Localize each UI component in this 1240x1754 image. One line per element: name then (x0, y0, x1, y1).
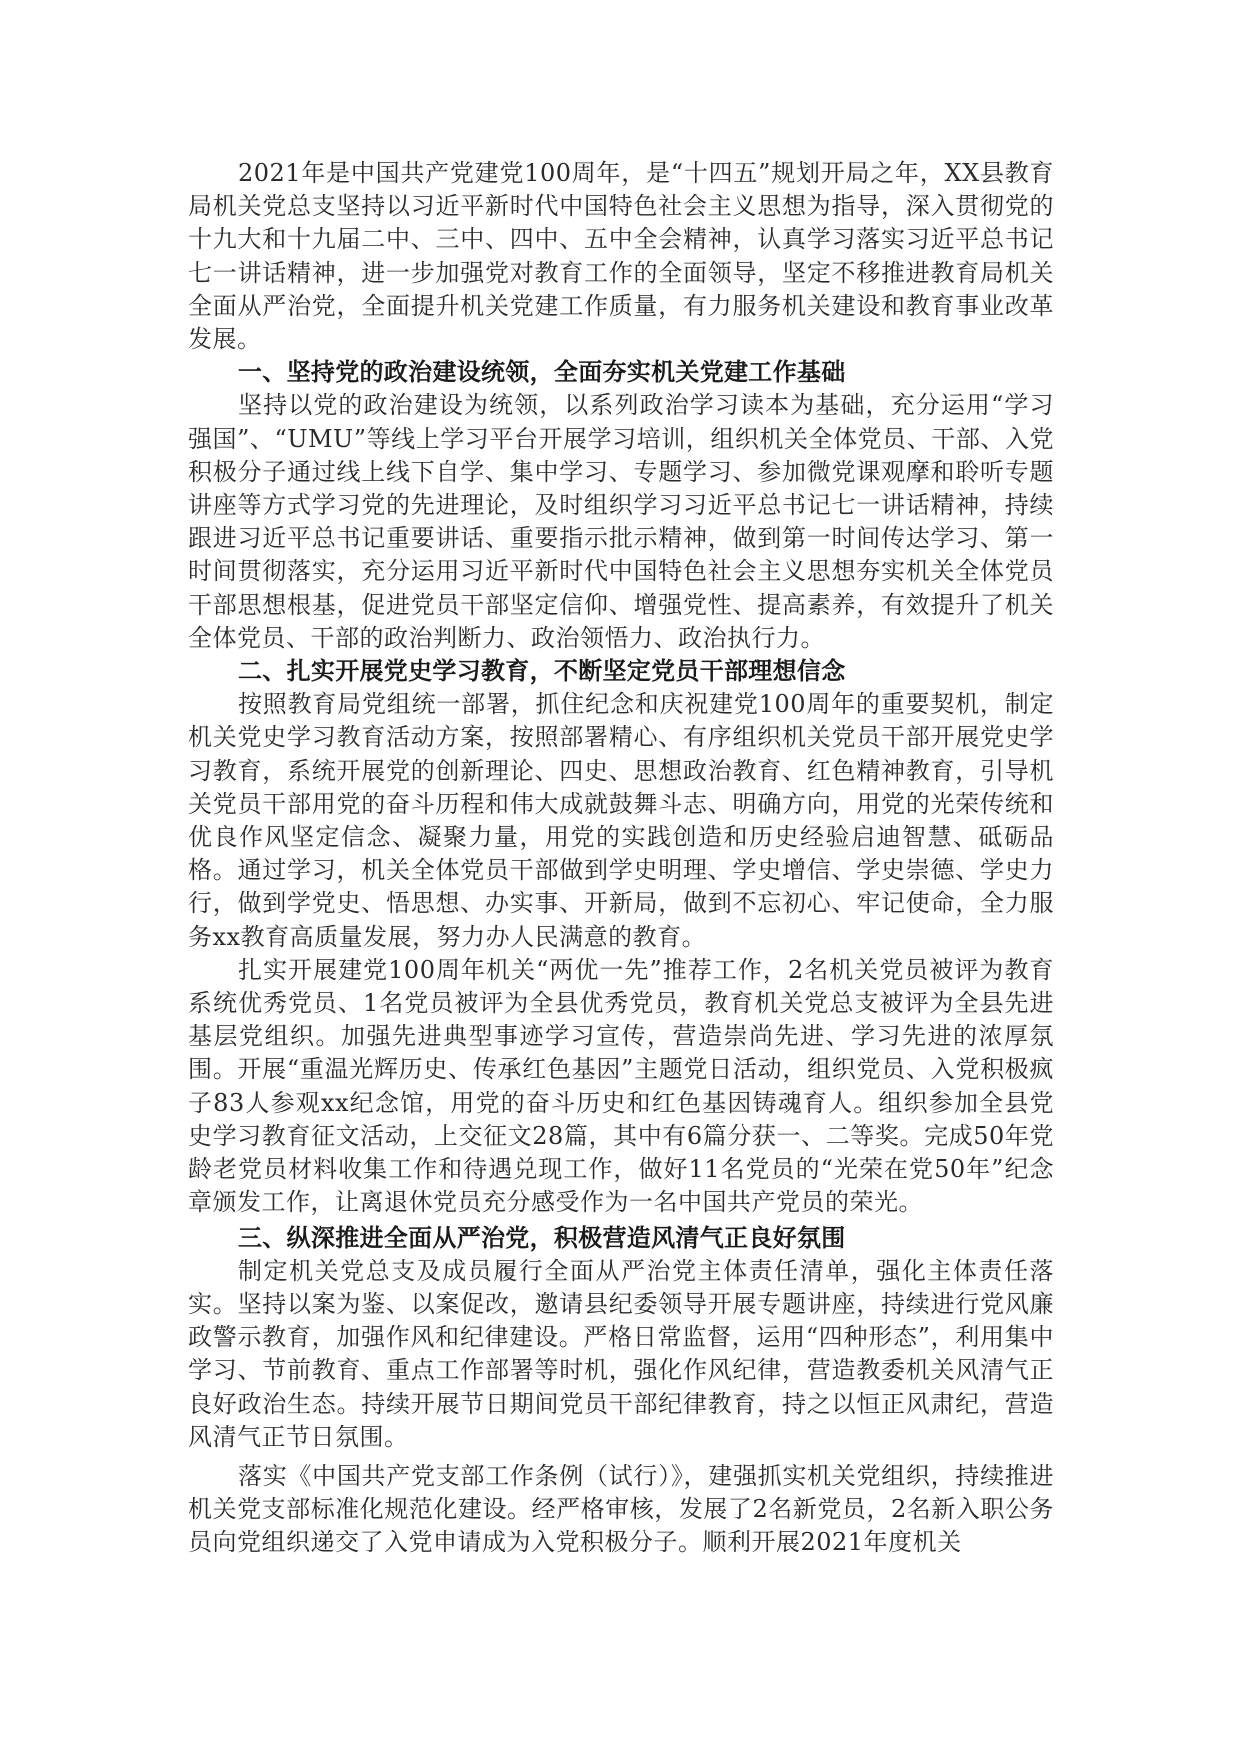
section-1-paragraph-1: 坚持以党的政治建设为统领，以系列政治学习读本为基础，充分运用“学习强国”、“UM… (188, 389, 1054, 655)
section-3-heading: 三、纵深推进全面从严治党，积极营造风清气正良好氛围 (188, 1222, 1054, 1255)
section-2-heading: 二、扎实开展党史学习教育，不断坚定党员干部理想信念 (188, 655, 1054, 688)
section-2-paragraph-2: 扎实开展建党100周年机关“两优一先”推荐工作，2名机关党员被评为教育系统优秀党… (188, 954, 1054, 1220)
intro-paragraph: 2021年是中国共产党建党100周年，是“十四五”规划开局之年，XX县教育局机关… (188, 157, 1054, 356)
document-page: 2021年是中国共产党建党100周年，是“十四五”规划开局之年，XX县教育局机关… (188, 157, 1054, 1560)
section-1-heading: 一、坚持党的政治建设统领，全面夯实机关党建工作基础 (188, 356, 1054, 389)
section-3-paragraph-1: 制定机关党总支及成员履行全面从严治党主体责任清单，强化主体责任落实。坚持以案为鉴… (188, 1255, 1054, 1454)
section-2-paragraph-1: 按照教育局党组统一部署，抓住纪念和庆祝建党100周年的重要契机，制定机关党史学习… (188, 688, 1054, 954)
section-3-paragraph-2: 落实《中国共产党支部工作条例（试行）》，建强抓实机关党组织，持续推进机关党支部标… (188, 1460, 1054, 1560)
